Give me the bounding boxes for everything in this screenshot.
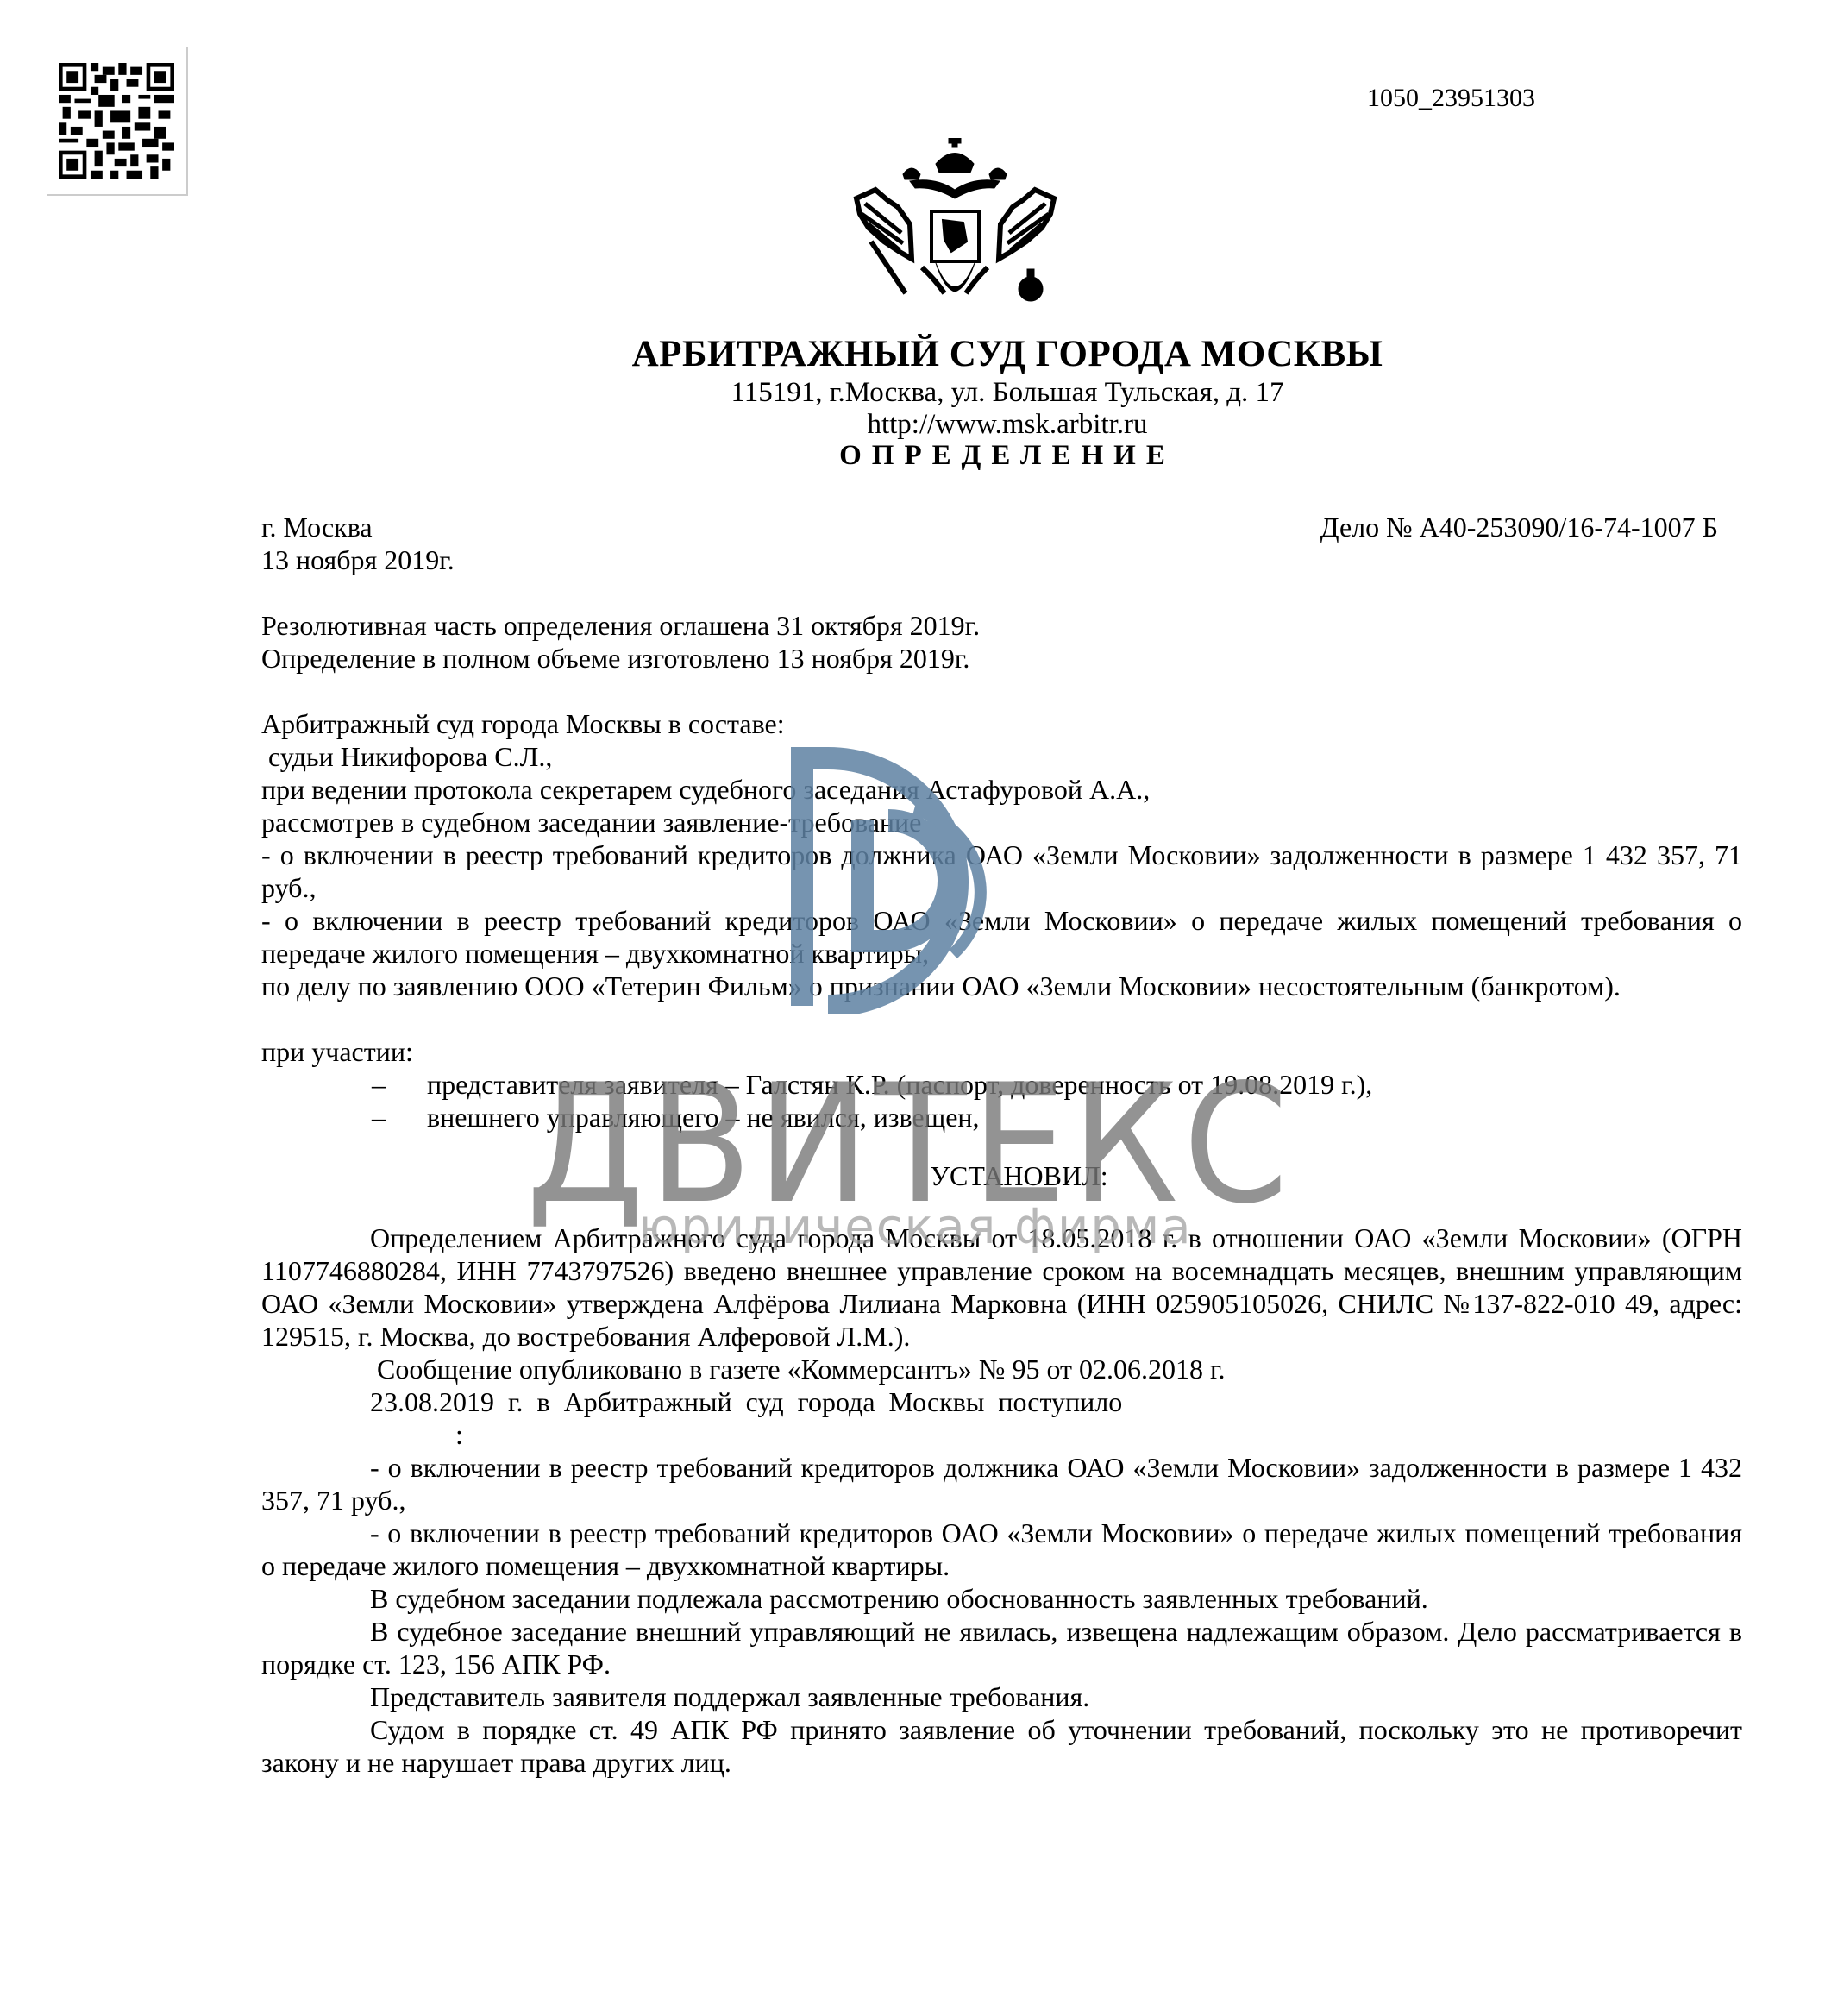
established-paragraph: Представитель заявителя поддержал заявле… [261,1680,1742,1713]
city: г. Москва [261,511,373,543]
case-context: по делу по заявлению ООО «Тетерин Фильм»… [261,970,1742,1002]
document-date: 13 ноября 2019г. [261,543,1742,576]
court-name: АРБИТРАЖНЫЙ СУД ГОРОДА МОСКВЫ [0,333,1825,375]
participant-item: внешнего управляющего – не явился, извещ… [261,1101,1742,1134]
full-text-prepared: Определение в полном объеме изготовлено … [261,642,1742,675]
established-paragraph: - о включении в реестр требований кредит… [261,1517,1742,1582]
participation-label: при участии: [261,1035,1742,1068]
court-address: 115191, г.Москва, ул. Большая Тульская, … [0,377,1825,409]
claim-1: - о включении в реестр требований кредит… [261,838,1742,904]
claim-2: - о включении в реестр требований кредит… [261,904,1742,970]
court-website-link[interactable]: http://www.msk.arbitr.ru [0,409,1825,441]
established-paragraph: Сообщение опубликовано в газете «Коммерс… [261,1353,1742,1385]
russian-coat-of-arms-icon [850,138,1061,311]
participant-item: представителя заявителя – Галстян К.Р. (… [261,1068,1742,1101]
established-heading: УСТАНОВИЛ: [261,1159,1742,1192]
qr-code-frame [47,47,188,196]
established-paragraph: : [261,1418,1742,1451]
considered: рассмотрев в судебном заседании заявлени… [261,806,1742,838]
document-meta: г. Москва Дело № А40-253090/16-74-1007 Б… [261,511,1742,1779]
established-paragraph: В судебное заседание внешний управляющий… [261,1615,1742,1680]
established-paragraph: Судом в порядке ст. 49 АПК РФ принято за… [261,1713,1742,1779]
qr-code-icon [59,60,174,181]
composition-intro: Арбитражный суд города Москвы в составе: [261,707,1742,740]
participation-list: представителя заявителя – Галстян К.Р. (… [261,1068,1742,1134]
established-paragraph: Определением Арбитражного суда города Мо… [261,1222,1742,1353]
secretary: при ведении протокола секретарем судебно… [261,773,1742,806]
established-paragraph: 23.08.2019 г. в Арбитражный суд города М… [261,1385,1742,1418]
document-type: ОПРЕДЕЛЕНИЕ [0,440,1825,472]
established-paragraph: - о включении в реестр требований кредит… [261,1451,1742,1517]
resolution-announced: Резолютивная часть определения оглашена … [261,609,1742,642]
case-number: Дело № А40-253090/16-74-1007 Б [1320,511,1718,543]
judge: судьи Никифорова С.Л., [261,740,1742,773]
established-paragraph: В судебном заседании подлежала рассмотре… [261,1582,1742,1615]
document-id: 1050_23951303 [1367,84,1535,113]
